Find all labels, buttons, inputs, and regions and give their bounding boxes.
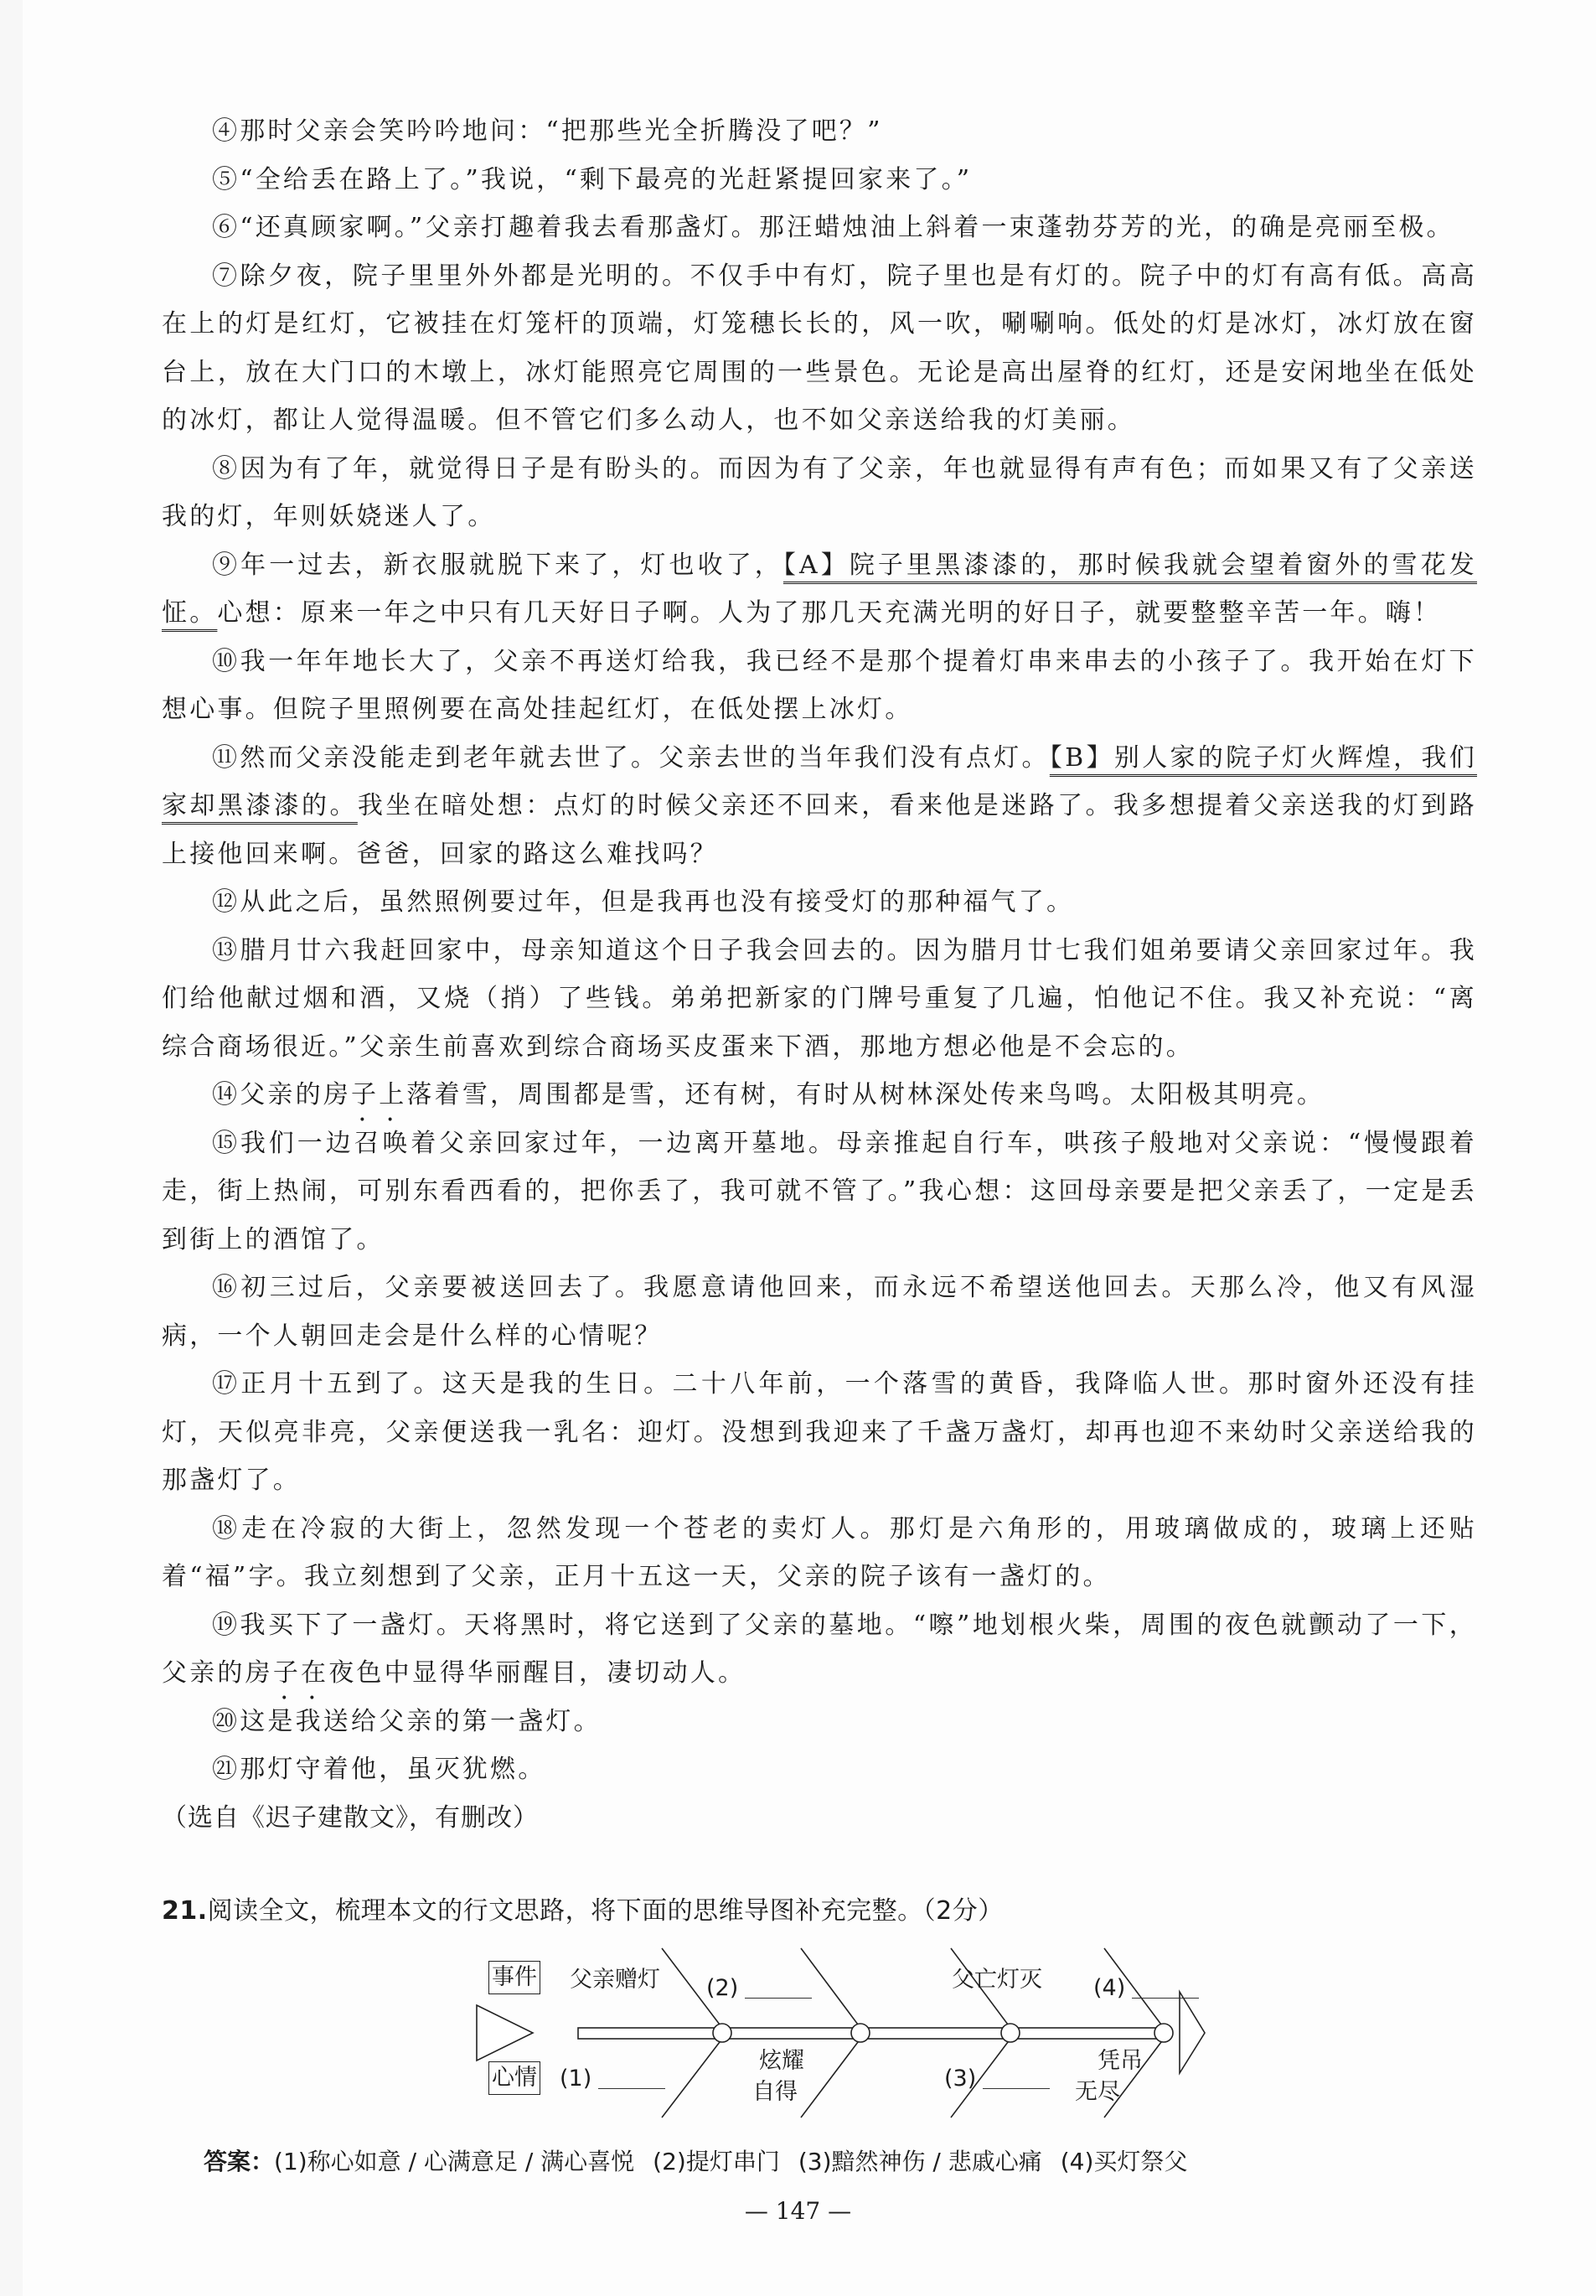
joint-circle-1	[713, 2024, 731, 2042]
mood-row-label: 心情	[488, 2061, 540, 2095]
start-triangle-icon	[477, 2005, 533, 2061]
paragraph-10: ⑩我一年年地长大了，父亲不再送灯给我，我已经不是那个提着灯串来串去的小孩子了。我…	[162, 638, 1477, 734]
question-21: 21.阅读全文，梳理本文的行文思路，将下面的思维导图补充完整。（2分）	[162, 1887, 1004, 1936]
mood-1-blank: (1)	[560, 2066, 665, 2092]
mood-4-line1: 凭吊	[1098, 2049, 1143, 2074]
event-2-blank: (2)	[706, 1976, 812, 2001]
emphasized-word-fangzi: 房子	[323, 1080, 379, 1109]
answer-blank[interactable]	[983, 2087, 1050, 2089]
answer-blank[interactable]	[745, 1997, 812, 1999]
paragraph-8: ⑧因为有了年，就觉得日子是有盼头的。而因为有了父亲，年也就显得有声有色；而如果又…	[162, 445, 1477, 541]
paragraph-15: ⑮我们一边召唤着父亲回家过年，一边离开墓地。母亲推起自行车，哄孩子般地对父亲说：…	[162, 1120, 1477, 1264]
paragraph-14: ⑭父亲的房子上落着雪，周围都是雪，还有树，有时从树林深处传来鸟鸣。太阳极其明亮。	[162, 1071, 1477, 1120]
event-4-blank: (4)	[1093, 1976, 1199, 2001]
paragraph-21: ㉑那灯守着他，虽灭犹燃。	[162, 1745, 1477, 1794]
event-4-number: (4)	[1093, 1975, 1125, 2001]
paragraph-17: ⑰正月十五到了。这天是我的生日。二十八年前，一个落雪的黄昏，我降临人世。那时窗外…	[162, 1360, 1477, 1505]
event-3: 父亡灯灭	[952, 1968, 1042, 1993]
answer-item-3: (3)黯然神伤 / 悲戚心痛	[798, 2148, 1042, 2175]
joint-circle-2	[851, 2024, 870, 2042]
paragraph-13: ⑬腊月廿六我赶回家中，母亲知道这个日子我会回去的。因为腊月廿七我们姐弟要请父亲回…	[162, 927, 1477, 1072]
paragraph-14-before: ⑭父亲的	[212, 1080, 323, 1109]
answer-blank[interactable]	[1132, 1997, 1199, 1999]
events-row-label: 事件	[488, 1961, 540, 1994]
paragraph-20: ⑳这是我送给父亲的第一盏灯。	[162, 1698, 1477, 1746]
end-arrow-icon	[1180, 1992, 1205, 2073]
emphasized-word-fangzi: 房子	[245, 1658, 301, 1688]
paragraph-12: ⑫从此之后，虽然照例要过年，但是我再也没有接受灯的那种福气了。	[162, 878, 1477, 927]
question-text: 阅读全文，梳理本文的行文思路，将下面的思维导图补充完整。（2分）	[208, 1896, 1004, 1926]
mood-3-number: (3)	[944, 2066, 976, 2092]
paragraph-6: ⑥“还真顾家啊。”父亲打趣着我去看那盏灯。那汪蜡烛油上斜着一束蓬勃芬芳的光，的确…	[162, 204, 1477, 252]
answer-item-2: (2)提灯串门	[653, 2148, 780, 2175]
paragraph-11-after: 我坐在暗处想：点灯的时候父亲还不回来，看来他是迷路了。我多想提着父亲送我的灯到路…	[162, 791, 1477, 869]
mood-4-line2: 无尽	[1075, 2080, 1120, 2105]
event-1: 父亲赠灯	[570, 1968, 660, 1993]
page-number: — 147 —	[0, 2197, 1596, 2225]
answer-label: 答案：	[204, 2148, 274, 2175]
paragraph-16: ⑯初三过后，父亲要被送回去了。我愿意请他回来，而永远不希望送他回去。天那么冷，他…	[162, 1264, 1477, 1360]
mood-1-number: (1)	[560, 2066, 591, 2092]
answer-blank[interactable]	[598, 2087, 665, 2089]
paragraph-14-after: 上落着雪，周围都是雪，还有树，有时从树林深处传来鸟鸣。太阳极其明亮。	[379, 1080, 1325, 1109]
answer-item-4: (4)买灯祭父	[1061, 2148, 1188, 2175]
mood-2-line2: 自得	[752, 2080, 798, 2105]
spine	[578, 2028, 1165, 2039]
paragraph-9-before: ⑨年一过去，新衣服就脱下来了，灯也收了，	[212, 551, 783, 580]
paragraph-4: ④那时父亲会笑吟吟地问：“把那些光全折腾没了吧？”	[162, 107, 1477, 156]
emphasis-dot-char: 房	[245, 1658, 273, 1688]
emphasis-dot-char: 房	[323, 1080, 351, 1109]
answer-key: 答案：(1)称心如意 / 心满意足 / 满心喜悦(2)提灯串门(3)黯然神伤 /…	[204, 2145, 1187, 2179]
paragraph-7: ⑦除夕夜，院子里里外外都是光明的。不仅手中有灯，院子里也是有灯的。院子中的灯有高…	[162, 252, 1477, 445]
paragraph-18: ⑱走在冷寂的大街上，忽然发现一个苍老的卖灯人。那灯是六角形的，用玻璃做成的，玻璃…	[162, 1505, 1477, 1601]
source-citation: （选自《迟子建散文》，有删改）	[162, 1794, 1477, 1843]
article-body: ④那时父亲会笑吟吟地问：“把那些光全折腾没了吧？” ⑤“全给丢在路上了。”我说，…	[162, 107, 1477, 1842]
paragraph-11: ⑪然而父亲没能走到老年就去世了。父亲去世的当年我们没有点灯。【B】别人家的院子灯…	[162, 734, 1477, 879]
fishbone-mind-map: 事件 心情 父亲赠灯 (2) 父亡灯灭 (4) (1) 炫耀 自得 (3) 凭吊…	[469, 1944, 1223, 2137]
paragraph-11-before: ⑪然而父亲没能走到老年就去世了。父亲去世的当年我们没有点灯。	[212, 743, 1050, 773]
joint-circle-3	[1001, 2024, 1020, 2042]
mood-3-blank: (3)	[944, 2066, 1050, 2092]
answer-item-1: (1)称心如意 / 心满意足 / 满心喜悦	[274, 2148, 634, 2175]
mood-2-line1: 炫耀	[759, 2049, 804, 2074]
paragraph-5: ⑤“全给丢在路上了。”我说，“剩下最亮的光赶紧提回家来了。”	[162, 156, 1477, 204]
emphasis-dot-char: 子	[351, 1080, 379, 1109]
paragraph-19-after: 在夜色中显得华丽醒目，凄切动人。	[301, 1658, 746, 1688]
event-2-number: (2)	[706, 1975, 738, 2001]
question-number: 21.	[162, 1896, 208, 1926]
paragraph-9-after: 心想：原来一年之中只有几天好日子啊。人为了那几天充满光明的好日子，就要整整辛苦一…	[217, 598, 1441, 628]
paragraph-9: ⑨年一过去，新衣服就脱下来了，灯也收了，【A】院子里黑漆漆的，那时候我就会望着窗…	[162, 541, 1477, 638]
paragraph-19: ⑲我买下了一盏灯。天将黑时，将它送到了父亲的墓地。“嚓”地划根火柴，周围的夜色就…	[162, 1601, 1477, 1698]
emphasis-dot-char: 子	[273, 1658, 301, 1688]
joint-circle-4	[1154, 2024, 1173, 2042]
